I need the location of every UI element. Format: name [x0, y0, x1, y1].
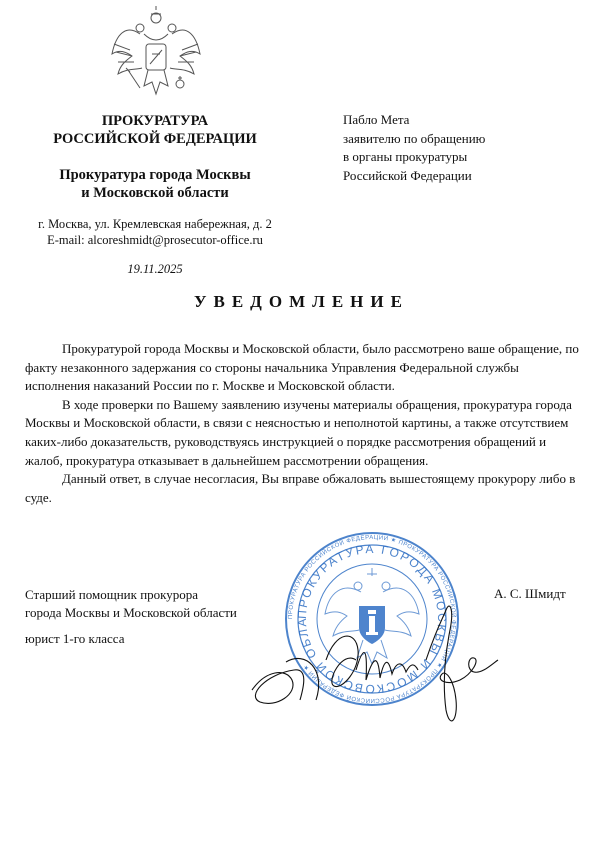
document-body: Прокуратурой города Москвы и Московской …: [25, 340, 580, 507]
organization-header: ПРОКУРАТУРА РОССИЙСКОЙ ФЕДЕРАЦИИ Прокура…: [20, 112, 290, 202]
address-block: г. Москва, ул. Кремлевская набережная, д…: [20, 217, 290, 248]
signatory-position-block: Старший помощник прокурора города Москвы…: [25, 586, 237, 648]
suborg-name-line1: Прокуратура города Москвы: [20, 166, 290, 184]
email-line: E-mail: alcoreshmidt@prosecutor-office.r…: [20, 233, 290, 249]
org-name-line1: ПРОКУРАТУРА: [20, 112, 290, 130]
org-name-line2: РОССИЙСКОЙ ФЕДЕРАЦИИ: [20, 130, 290, 148]
signatory-position-line2: города Москвы и Московской области: [25, 604, 237, 622]
recipient-name: Пабло Мета: [343, 111, 485, 130]
signatory-position-line1: Старший помощник прокурора: [25, 586, 237, 604]
recipient-line2: заявителю по обращению: [343, 130, 485, 149]
signatory-name: А. С. Шмидт: [494, 586, 566, 602]
signatory-rank: юрист 1-го класса: [25, 630, 237, 648]
document-date: 19.11.2025: [20, 262, 290, 277]
body-paragraph-3: Данный ответ, в случае несогласия, Вы вп…: [25, 470, 580, 507]
handwritten-signature-icon: [246, 590, 576, 740]
address-line: г. Москва, ул. Кремлевская набережная, д…: [20, 217, 290, 233]
recipient-line4: Российской Федерации: [343, 167, 485, 186]
body-paragraph-2: В ходе проверки по Вашему заявлению изуч…: [25, 396, 580, 470]
recipient-line3: в органы прокуратуры: [343, 148, 485, 167]
coat-of-arms-emblem-icon: [106, 4, 206, 104]
document-title: УВЕДОМЛЕНИЕ: [0, 292, 603, 312]
suborg-name-line2: и Московской области: [20, 184, 290, 202]
body-paragraph-1: Прокуратурой города Москвы и Московской …: [25, 340, 580, 396]
recipient-block: Пабло Мета заявителю по обращению в орга…: [343, 111, 485, 185]
